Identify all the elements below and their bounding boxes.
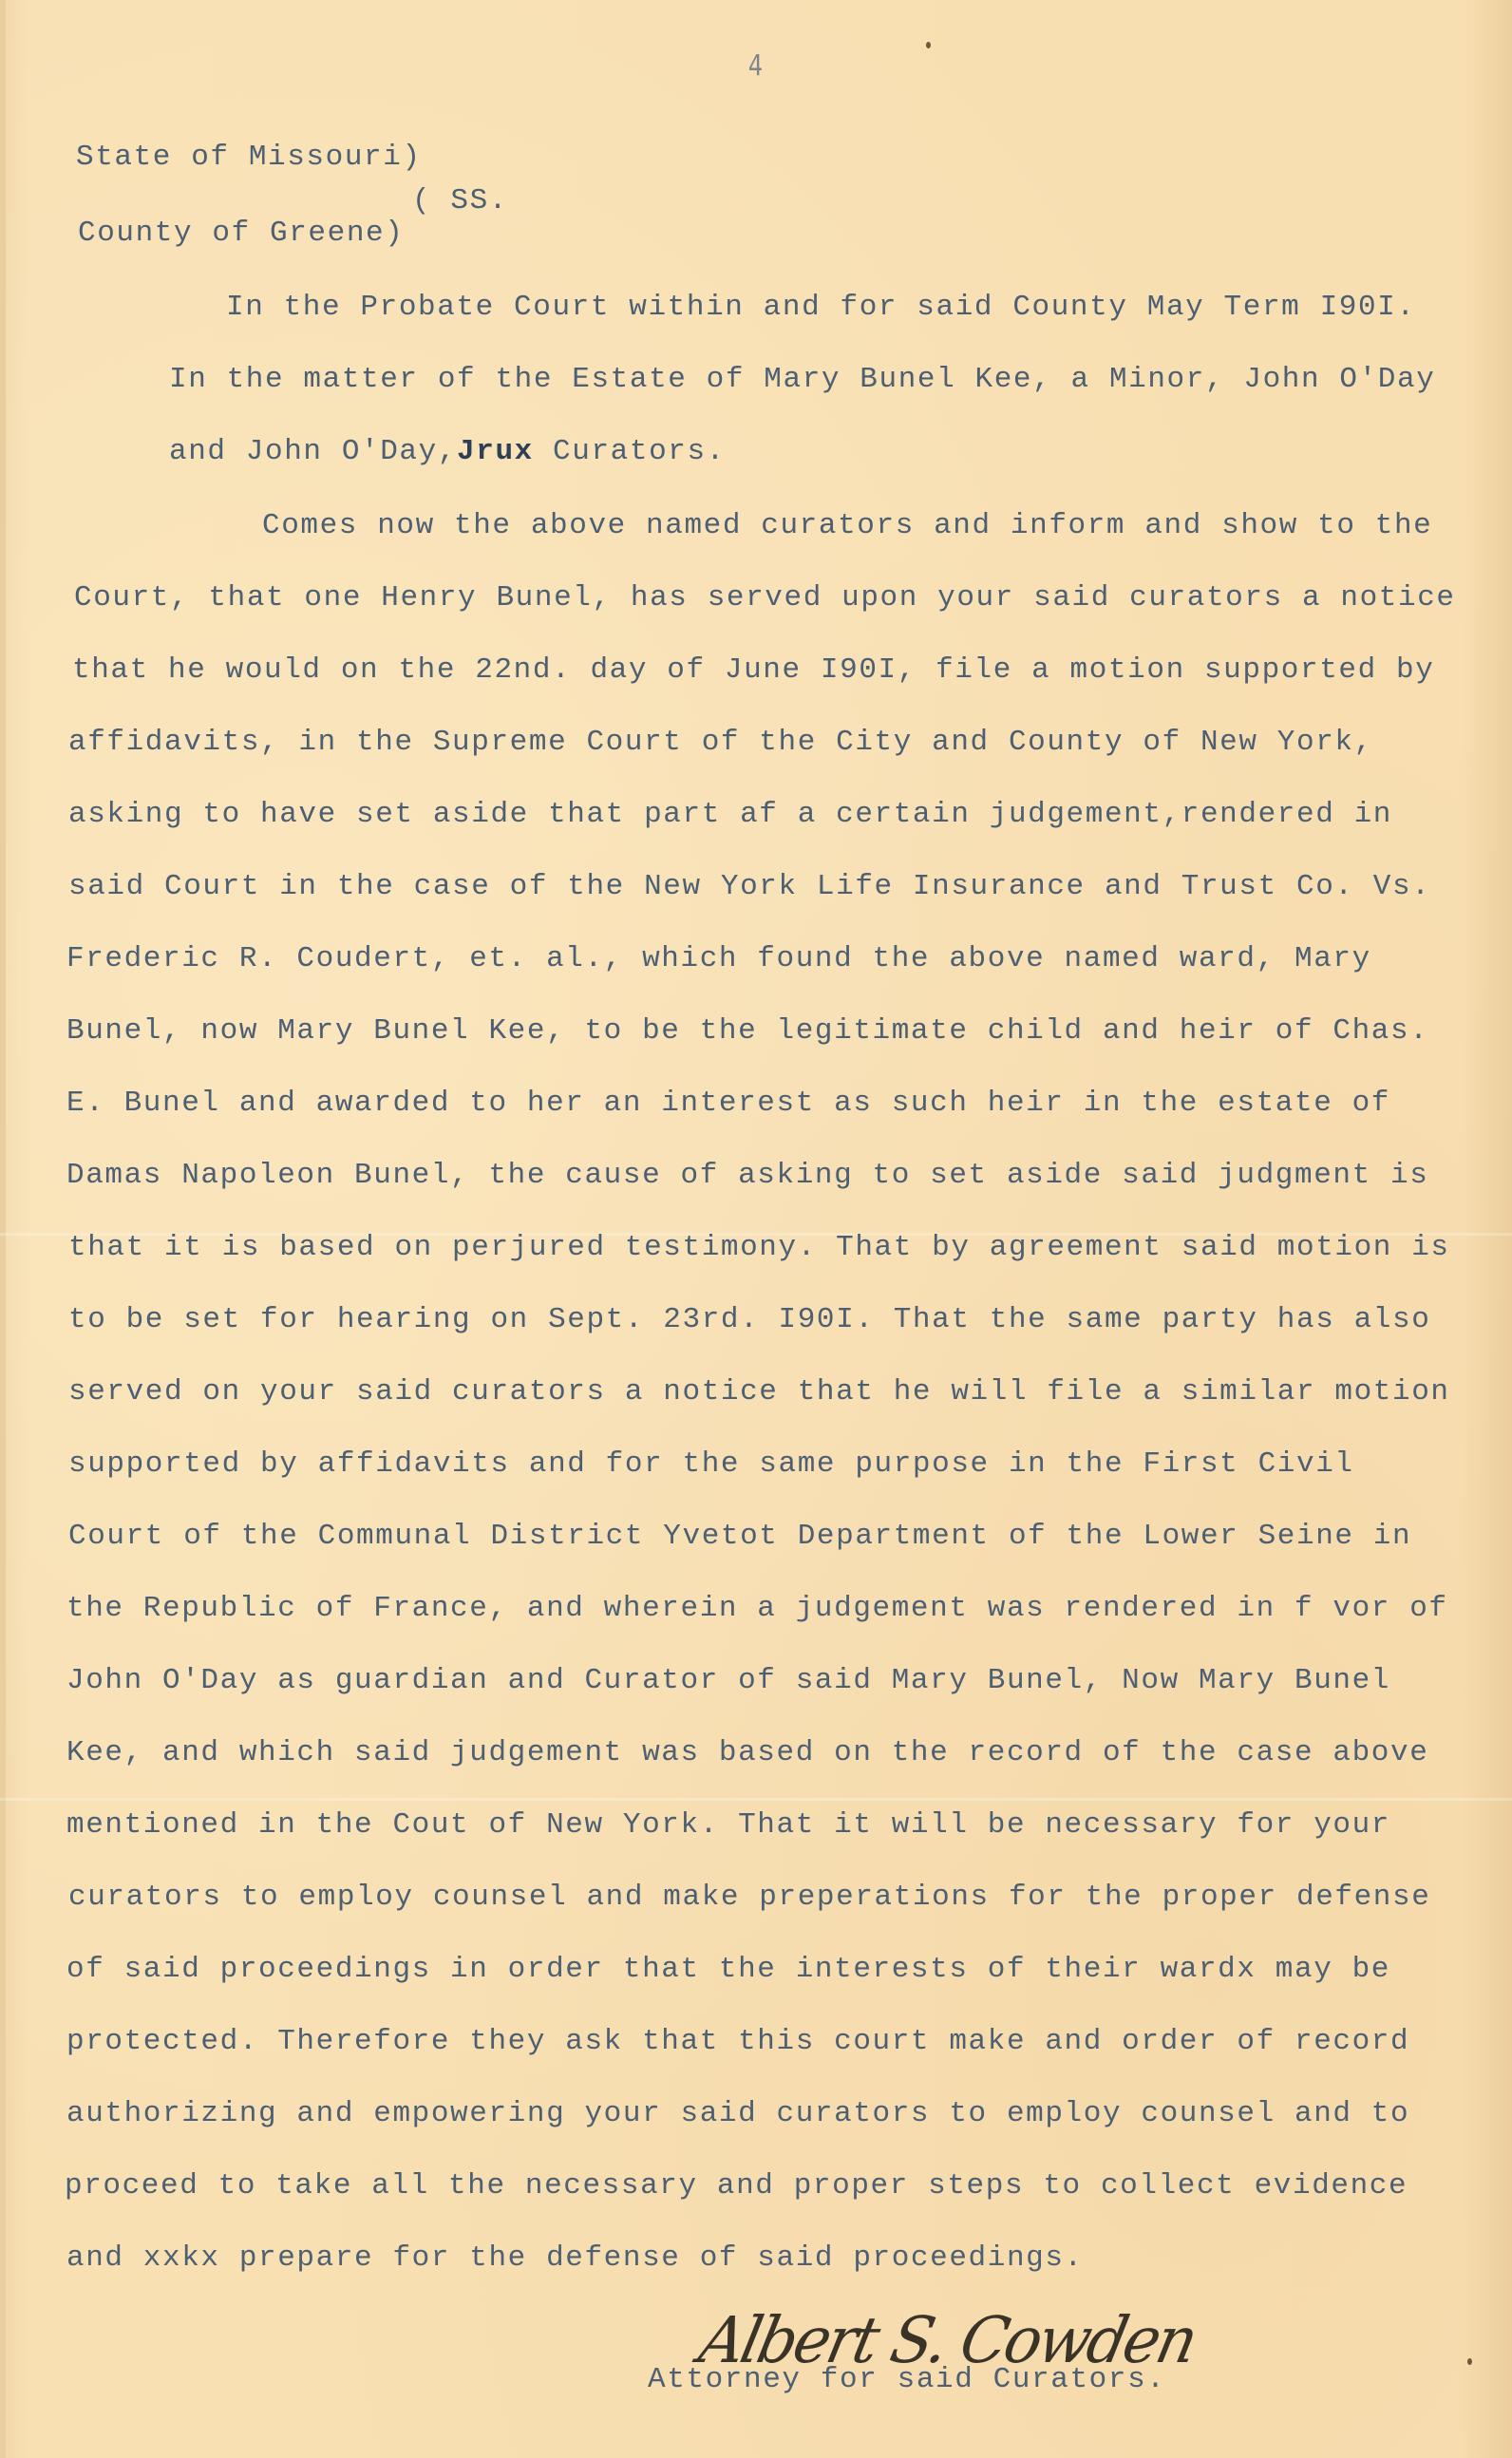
body-line: affidavits, in the Supreme Court of the … bbox=[68, 728, 1373, 757]
body-line: Kee, and which said judgement was based … bbox=[66, 1738, 1428, 1768]
paper-fold-line bbox=[0, 1798, 1512, 1801]
caption-county: County of Greene) bbox=[78, 218, 404, 248]
matter-line-2-prefix: and John O'Day, bbox=[169, 435, 457, 468]
body-line: of said proceedings in order that the in… bbox=[66, 1955, 1390, 1984]
body-line: protected. Therefore they ask that this … bbox=[66, 2027, 1409, 2056]
body-line: Court of the Communal District Yvetot De… bbox=[68, 1522, 1411, 1551]
body-line: asking to have set aside that part af a … bbox=[68, 800, 1392, 829]
body-line: authorizing and empowering your said cur… bbox=[66, 2099, 1409, 2128]
body-line: proceed to take all the necessary and pr… bbox=[65, 2171, 1408, 2201]
body-line: served on your said curators a notice th… bbox=[68, 1377, 1450, 1407]
overstruck-text: Jrux bbox=[457, 435, 534, 468]
ink-speck bbox=[926, 42, 931, 48]
court-heading: In the Probate Court within and for said… bbox=[226, 293, 1416, 322]
page-number: 4 bbox=[748, 49, 763, 83]
body-line: supported by affidavits and for the same… bbox=[68, 1449, 1354, 1479]
signature-title: Attorney for said Curators. bbox=[648, 2365, 1165, 2394]
body-line: and xxkx prepare for the defense of said… bbox=[66, 2243, 1084, 2273]
body-line: to be set for hearing on Sept. 23rd. I90… bbox=[68, 1305, 1430, 1334]
body-line: John O'Day as guardian and Curator of sa… bbox=[66, 1666, 1390, 1695]
ink-speck bbox=[1467, 2358, 1472, 2365]
paper-edge bbox=[0, 0, 6, 2458]
body-line: Bunel, now Mary Bunel Kee, to be the leg… bbox=[66, 1016, 1428, 1046]
caption-state: State of Missouri) bbox=[76, 142, 422, 172]
matter-line-2-suffix: Curators. bbox=[534, 435, 726, 468]
body-line: E. Bunel and awarded to her an interest … bbox=[66, 1088, 1390, 1118]
body-line: said Court in the case of the New York L… bbox=[68, 872, 1430, 901]
body-line: Court, that one Henry Bunel, has served … bbox=[74, 583, 1456, 613]
body-line: Damas Napoleon Bunel, the cause of askin… bbox=[66, 1161, 1428, 1190]
body-line: curators to employ counsel and make prep… bbox=[68, 1882, 1430, 1912]
body-line: that it is based on perjured testimony. … bbox=[68, 1233, 1450, 1262]
caption-ss: ( SS. bbox=[412, 186, 508, 216]
matter-line-2: and John O'Day,Jrux Curators. bbox=[169, 437, 726, 466]
body-line: Comes now the above named curators and i… bbox=[262, 511, 1432, 540]
body-line: mentioned in the Cout of New York. That … bbox=[66, 1810, 1390, 1840]
matter-line-1: In the matter of the Estate of Mary Bune… bbox=[169, 365, 1435, 394]
body-line: that he would on the 22nd. day of June I… bbox=[72, 655, 1434, 685]
body-line: the Republic of France, and wherein a ju… bbox=[66, 1594, 1448, 1623]
body-line: Frederic R. Coudert, et. al., which foun… bbox=[66, 944, 1371, 974]
